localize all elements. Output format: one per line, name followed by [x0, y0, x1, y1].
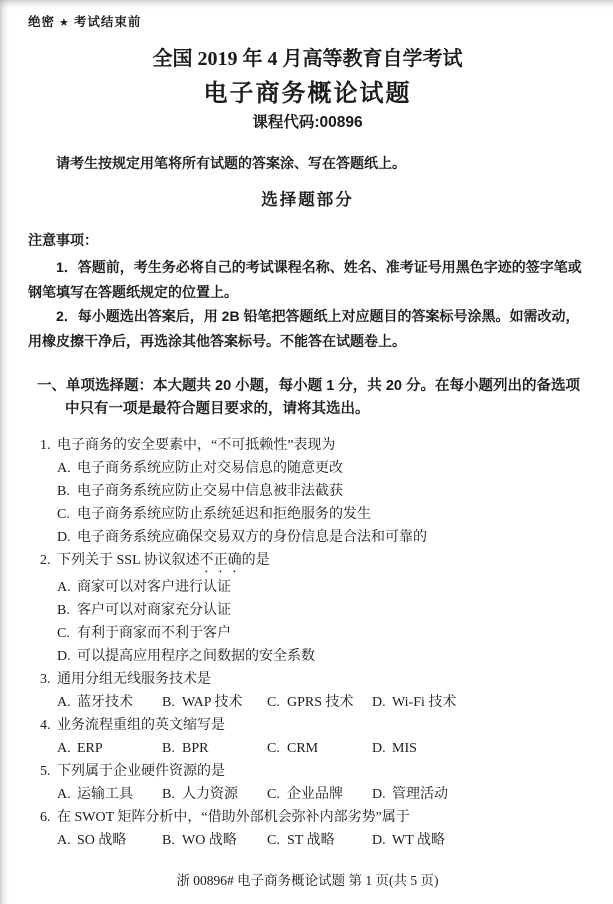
option-d: D.MIS	[372, 737, 417, 760]
option-row: A.ERP B.BPR C.CRM D.MIS	[28, 737, 587, 760]
option-label: B.	[162, 737, 182, 760]
option-label: B.	[162, 783, 182, 806]
question-stem: 3.通用分组无线服务技术是	[28, 668, 587, 691]
classification-line: 绝密★考试结束前	[28, 14, 587, 31]
option-label: C.	[267, 829, 287, 852]
question-stem: 1.电子商务的安全要素中，“不可抵赖性”表现为	[28, 434, 587, 457]
option-c: C.有利于商家而不利于客户	[28, 622, 587, 645]
note-item-1: 1．答题前，考生务必将自己的考试课程名称、姓名、准考证号用黑色字迹的签字笔或钢笔…	[28, 255, 587, 304]
option-text: 有利于商家而不利于客户	[77, 626, 231, 641]
question-stem-text: 的是	[242, 553, 270, 568]
exam-session-title: 全国 2019 年 4 月高等教育自学考试	[28, 46, 587, 72]
option-text: SO 战略	[77, 833, 126, 848]
option-text: 企业品牌	[287, 787, 343, 802]
option-b: B.BPR	[162, 737, 267, 760]
option-c: C.电子商务系统应防止系统延迟和拒绝服务的发生	[28, 503, 587, 526]
option-text: ERP	[77, 741, 103, 756]
option-text: ST 战略	[287, 833, 335, 848]
option-label: A.	[57, 783, 77, 806]
option-text: GPRS 技术	[287, 695, 354, 710]
option-label: A.	[57, 457, 77, 480]
part-title: 选择题部分	[28, 188, 587, 212]
option-b: B.WAP 技术	[162, 691, 267, 714]
note-item-2: 2．每小题选出答案后，用 2B 铅笔把答题纸上对应题目的答案标号涂黑。如需改动，…	[28, 304, 587, 353]
question-stem: 4.业务流程重组的英文缩写是	[28, 714, 587, 737]
option-text: BPR	[182, 741, 208, 756]
option-text: WT 战略	[392, 833, 445, 848]
option-label: A.	[57, 737, 77, 760]
option-a: A.运输工具	[57, 783, 162, 806]
option-b: B.人力资源	[162, 783, 267, 806]
question-stem: 2.下列关于 SSL 协议叙述不正确的是	[28, 549, 587, 576]
option-a: A.ERP	[57, 737, 162, 760]
option-row: A.蓝牙技术 B.WAP 技术 C.GPRS 技术 D.Wi-Fi 技术	[28, 691, 587, 714]
option-label: B.	[162, 691, 182, 714]
question-number: 2.	[40, 549, 57, 572]
question-stem: 6.在 SWOT 矩阵分析中，“借助外部机会弥补内部劣势”属于	[28, 806, 587, 829]
option-label: D.	[372, 737, 392, 760]
option-label: C.	[57, 622, 77, 645]
candidate-instruction: 请考生按规定用笔将所有试题的答案涂、写在答题纸上。	[28, 154, 587, 173]
question-stem-text: 下列属于企业硬件资源的是	[57, 764, 225, 779]
question-4: 4.业务流程重组的英文缩写是 A.ERP B.BPR C.CRM D.MIS	[28, 714, 587, 760]
option-label: D.	[57, 645, 77, 668]
option-d: D.Wi-Fi 技术	[372, 691, 456, 714]
option-text: 电子商务系统应防止系统延迟和拒绝服务的发生	[77, 507, 371, 522]
section-title: 单项选择题：本大题共 20 小题，每小题 1 分，共 20 分。在每小题列出的备…	[65, 378, 580, 417]
option-label: C.	[57, 503, 77, 526]
option-d: D.管理活动	[372, 783, 448, 806]
option-b: B.WO 战略	[162, 829, 267, 852]
option-label: D.	[372, 691, 392, 714]
option-d: D.WT 战略	[372, 829, 445, 852]
pre-exam-note: 考试结束前	[74, 15, 142, 29]
option-text: CRM	[287, 741, 318, 756]
section-heading: 一、单项选择题：本大题共 20 小题，每小题 1 分，共 20 分。在每小题列出…	[65, 375, 587, 421]
option-text: 人力资源	[182, 787, 238, 802]
option-label: D.	[372, 829, 392, 852]
option-text: WAP 技术	[182, 695, 243, 710]
question-stem-text: 通用分组无线服务技术是	[57, 672, 211, 687]
option-label: B.	[162, 829, 182, 852]
course-code: 课程代码:00896	[28, 113, 587, 133]
notes-title: 注意事项：	[28, 231, 587, 249]
option-label: C.	[267, 737, 287, 760]
question-number: 1.	[40, 434, 57, 457]
option-text: 客户可以对商家充分认证	[77, 603, 231, 618]
option-label: C.	[267, 783, 287, 806]
option-label: A.	[57, 576, 77, 599]
option-text: 蓝牙技术	[77, 695, 133, 710]
star-icon: ★	[55, 17, 74, 29]
option-a: A.SO 战略	[57, 829, 162, 852]
option-d: D.电子商务系统应确保交易双方的身份信息是合法和可靠的	[28, 526, 587, 549]
option-text: 电子商务系统应确保交易双方的身份信息是合法和可靠的	[77, 530, 427, 545]
option-text: 商家可以对客户进行认证	[77, 580, 231, 595]
exam-paper-page: 绝密★考试结束前 全国 2019 年 4 月高等教育自学考试 电子商务概论试题 …	[0, 0, 613, 904]
option-label: B.	[57, 599, 77, 622]
classification-label: 绝密	[28, 15, 55, 29]
question-stem-text: 业务流程重组的英文缩写是	[57, 718, 225, 733]
question-list: 1.电子商务的安全要素中，“不可抵赖性”表现为 A.电子商务系统应防止对交易信息…	[28, 434, 587, 852]
option-label: D.	[372, 783, 392, 806]
option-label: D.	[57, 526, 77, 549]
option-row: A.SO 战略 B.WO 战略 C.ST 战略 D.WT 战略	[28, 829, 587, 852]
option-text: 电子商务系统应防止对交易信息的随意更改	[77, 461, 343, 476]
option-text: 电子商务系统应防止交易中信息被非法截获	[77, 484, 343, 499]
question-stem-emphasis: 不正确	[200, 553, 242, 568]
question-stem-text: 下列关于 SSL 协议叙述	[57, 553, 200, 568]
option-a: A.电子商务系统应防止对交易信息的随意更改	[28, 457, 587, 480]
question-3: 3.通用分组无线服务技术是 A.蓝牙技术 B.WAP 技术 C.GPRS 技术 …	[28, 668, 587, 714]
option-c: C.企业品牌	[267, 783, 372, 806]
option-text: WO 战略	[182, 833, 237, 848]
option-text: Wi-Fi 技术	[392, 695, 456, 710]
option-text: 管理活动	[392, 787, 448, 802]
question-stem: 5.下列属于企业硬件资源的是	[28, 760, 587, 783]
question-stem-text: 在 SWOT 矩阵分析中，“借助外部机会弥补内部劣势”属于	[57, 810, 410, 825]
question-number: 4.	[40, 714, 57, 737]
option-c: C.CRM	[267, 737, 372, 760]
question-6: 6.在 SWOT 矩阵分析中，“借助外部机会弥补内部劣势”属于 A.SO 战略 …	[28, 806, 587, 852]
option-label: C.	[267, 691, 287, 714]
question-2: 2.下列关于 SSL 协议叙述不正确的是 A.商家可以对客户进行认证 B.客户可…	[28, 549, 587, 668]
option-c: C.GPRS 技术	[267, 691, 372, 714]
question-number: 3.	[40, 668, 57, 691]
option-a: A.商家可以对客户进行认证	[28, 576, 587, 599]
option-text: 运输工具	[77, 787, 133, 802]
option-c: C.ST 战略	[267, 829, 372, 852]
question-stem-text: 电子商务的安全要素中，“不可抵赖性”表现为	[57, 438, 335, 453]
option-label: B.	[57, 480, 77, 503]
option-row: A.运输工具 B.人力资源 C.企业品牌 D.管理活动	[28, 783, 587, 806]
option-text: MIS	[392, 741, 417, 756]
option-label: A.	[57, 691, 77, 714]
question-number: 5.	[40, 760, 57, 783]
section-number: 一、	[37, 378, 66, 394]
question-5: 5.下列属于企业硬件资源的是 A.运输工具 B.人力资源 C.企业品牌 D.管理…	[28, 760, 587, 806]
paper-title: 电子商务概论试题	[28, 78, 587, 110]
page-footer: 浙 00896# 电子商务概论试题 第 1 页(共 5 页)	[28, 872, 587, 890]
option-b: B.客户可以对商家充分认证	[28, 599, 587, 622]
option-label: A.	[57, 829, 77, 852]
question-number: 6.	[40, 806, 57, 829]
question-1: 1.电子商务的安全要素中，“不可抵赖性”表现为 A.电子商务系统应防止对交易信息…	[28, 434, 587, 549]
option-d: D.可以提高应用程序之间数据的安全系数	[28, 645, 587, 668]
option-text: 可以提高应用程序之间数据的安全系数	[77, 649, 315, 664]
option-b: B.电子商务系统应防止交易中信息被非法截获	[28, 480, 587, 503]
option-a: A.蓝牙技术	[57, 691, 162, 714]
